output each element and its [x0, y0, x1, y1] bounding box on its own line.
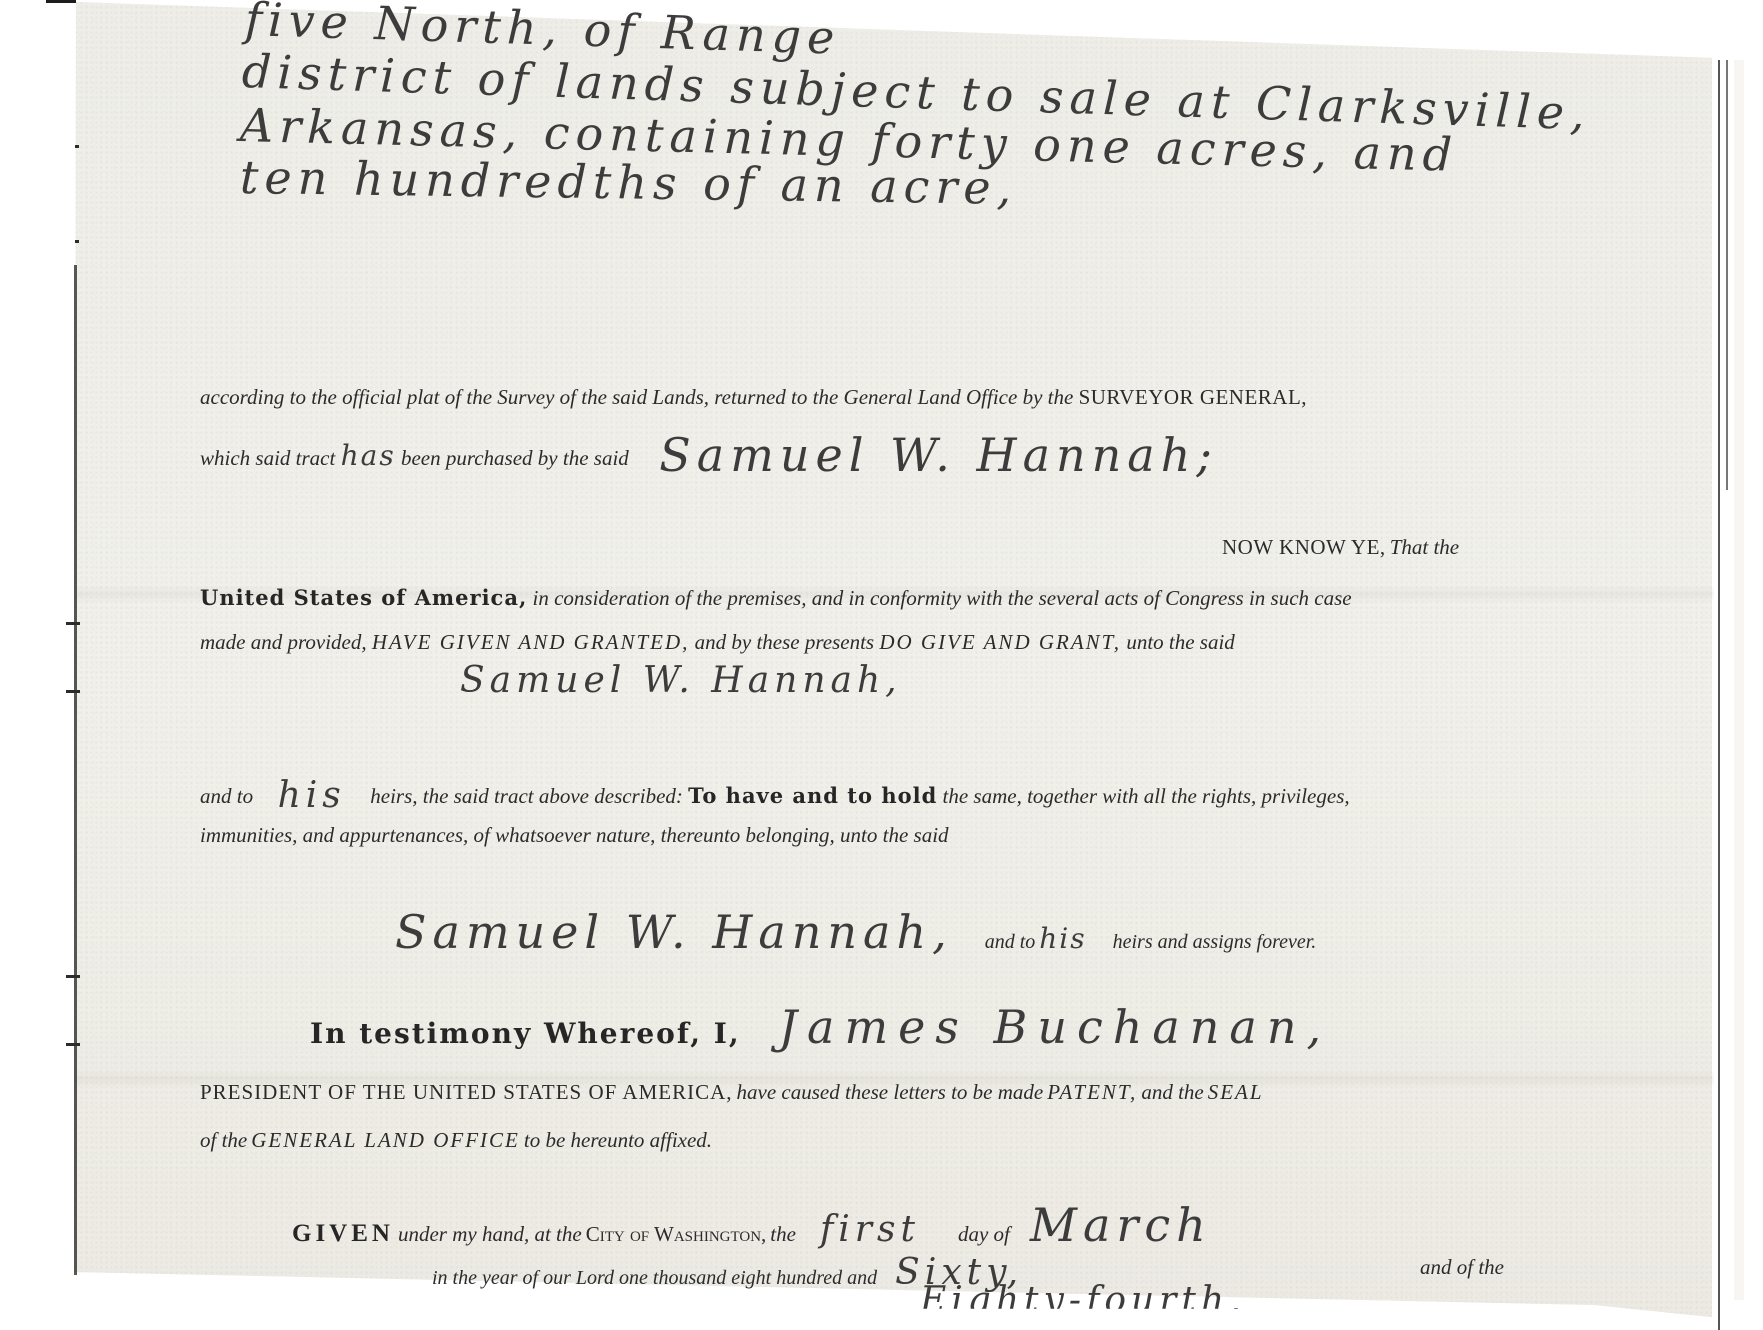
patent-caps: PATENT, — [1047, 1080, 1137, 1104]
grant-line-2-prefix: made and provided, — [200, 630, 367, 654]
given-line-1: GIVEN under my hand, at the City of Wash… — [292, 1198, 1212, 1252]
left-border-tick — [66, 622, 80, 625]
testimony-line-1-ital: have caused these letters to be made — [737, 1080, 1044, 1104]
in-testimony-blackletter: In testimony Whereof, I, — [310, 1017, 741, 1050]
left-border-tick — [66, 690, 80, 693]
seal-caps: SEAL — [1208, 1080, 1264, 1104]
handwritten-president-name: James Buchanan, — [779, 1000, 1331, 1054]
and-of-the-text: and of the — [1420, 1255, 1504, 1280]
right-border-rule-inner — [1726, 60, 1728, 490]
given-line-2-text: in the year of our Lord one thousand eig… — [432, 1267, 877, 1289]
have-given-granted-caps: HAVE GIVEN AND GRANTED, — [372, 630, 690, 654]
city-of-washington: City of Washington, — [586, 1222, 767, 1246]
left-border-mark — [75, 240, 79, 243]
survey-line-2: which said tract has been purchased by t… — [200, 428, 1218, 482]
handwritten-description-line-4: ten hundredths of an acre, — [240, 150, 1018, 215]
given-text-1: under my hand, at the — [398, 1222, 582, 1246]
do-give-grant-caps: DO GIVE AND GRANT, — [879, 630, 1121, 654]
left-border-tick — [66, 1043, 80, 1046]
handwritten-day: first — [820, 1209, 920, 1250]
handwritten-month: March — [1030, 1198, 1212, 1252]
general-land-office-caps: GENERAL LAND OFFICE — [251, 1128, 520, 1152]
handwritten-purchaser-name: Samuel W. Hannah; — [659, 428, 1218, 482]
left-border-tick — [66, 975, 80, 978]
and-the-text: and the — [1141, 1080, 1203, 1104]
heirs-text-2: the same, together with all the rights, … — [943, 784, 1350, 808]
testimony-line-2: of the GENERAL LAND OFFICE to be hereunt… — [200, 1128, 712, 1153]
survey-line-2-prefix: which said tract — [200, 446, 335, 470]
now-know-ye-line: NOW KNOW YE, That the — [1222, 535, 1459, 560]
right-margin-strip — [1734, 60, 1744, 1300]
given-bold: GIVEN — [292, 1220, 394, 1247]
president-caps: PRESIDENT OF THE UNITED STATES OF AMERIC… — [200, 1080, 733, 1104]
to-have-and-hold-blackletter: To have and to hold — [688, 783, 937, 808]
survey-line-2-mid: been purchased by the said — [401, 446, 629, 470]
left-border-mark — [75, 145, 79, 148]
testimony-line: In testimony Whereof, I, James Buchanan, — [310, 1000, 1331, 1054]
united-states-blackletter: United States of America, — [200, 585, 527, 610]
scan-edge-mark — [46, 0, 76, 3]
left-border-rule — [74, 265, 77, 1275]
heirs-forever-text: heirs and assigns forever. — [1113, 931, 1317, 953]
handwritten-independence-year: Eighty-fourth, — [920, 1280, 1245, 1321]
surveyor-general-caps: SURVEYOR GENERAL, — [1079, 385, 1308, 409]
handwritten-his-2: his — [1039, 922, 1086, 955]
testimony-line-2-prefix: of the — [200, 1128, 247, 1152]
day-of-text: day of — [958, 1222, 1010, 1246]
survey-line-1: according to the official plat of the Su… — [200, 385, 1307, 410]
heirs-line-1: and to his heirs, the said tract above d… — [200, 775, 1350, 816]
testimony-line-2-suffix: to be hereunto affixed. — [524, 1128, 712, 1152]
handwritten-grantee-name: Samuel W. Hannah, — [460, 660, 902, 701]
handwritten-his: his — [278, 775, 346, 816]
testimony-line-1: PRESIDENT OF THE UNITED STATES OF AMERIC… — [200, 1080, 1264, 1105]
grant-line-2-suffix: unto the said — [1126, 630, 1235, 654]
and-to-text: and to — [985, 931, 1036, 953]
handwritten-heir-name: Samuel W. Hannah, — [395, 905, 953, 959]
grant-line-2: made and provided, HAVE GIVEN AND GRANTE… — [200, 630, 1235, 655]
now-know-ye-ital: That the — [1390, 535, 1459, 559]
grant-line-1-rest: in consideration of the premises, and in… — [533, 586, 1352, 610]
handwritten-has: has — [341, 439, 396, 472]
survey-line-1-text: according to the official plat of the Su… — [200, 385, 1073, 409]
heirs-text-1: heirs, the said tract above described: — [370, 784, 683, 808]
heirs-line-2: immunities, and appurtenances, of whatso… — [200, 823, 949, 848]
right-border-rule — [1718, 60, 1720, 1330]
now-know-ye-caps: NOW KNOW YE, — [1222, 535, 1386, 559]
heirs-prefix: and to — [200, 784, 253, 808]
heirs-name-line: Samuel W. Hannah, and to his heirs and a… — [395, 905, 1316, 959]
grant-line-2-mid: and by these presents — [695, 630, 874, 654]
grant-line-1: United States of America, in considerati… — [200, 585, 1352, 611]
given-the: the — [770, 1222, 796, 1246]
